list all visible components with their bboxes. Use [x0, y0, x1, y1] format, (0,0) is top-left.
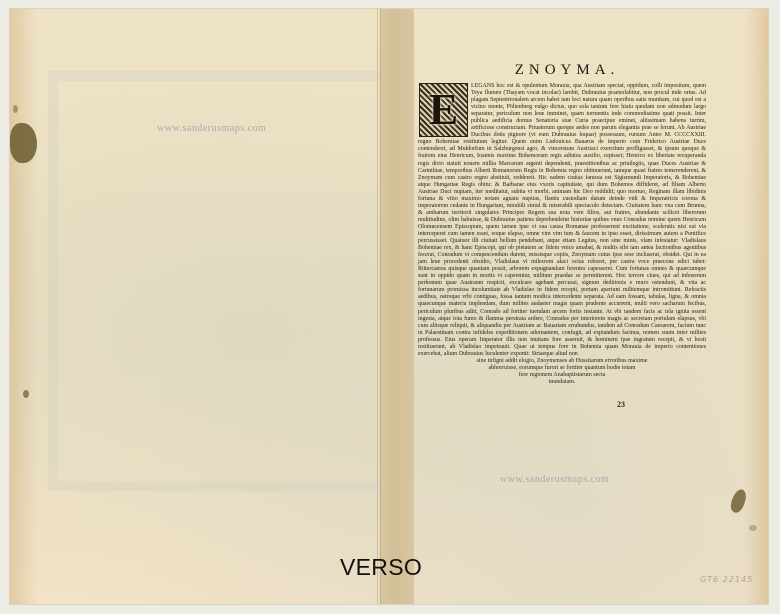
page-number: 23 — [617, 400, 625, 409]
left-page-edge-toning — [10, 9, 38, 604]
binding-strip — [380, 9, 414, 604]
page-title: ZNOYMA. — [428, 62, 706, 79]
decorated-initial: E — [419, 83, 468, 137]
initial-letter: E — [420, 88, 467, 132]
inventory-note: GT6 22145 — [700, 575, 753, 584]
closing-line-4: inundatam. — [418, 379, 706, 386]
foxing-stain-left-mid — [23, 390, 29, 398]
foxing-stain-left-large — [10, 123, 37, 163]
center-fold-line — [377, 9, 378, 604]
foxing-stain-left-small — [13, 105, 18, 113]
text-page: ZNOYMA. E LEGANS hoc est & opulentum Mor… — [418, 62, 706, 386]
closing-line-2: abhorruisse, eorumque furori se fortiter… — [418, 365, 706, 372]
closing-line-3: fere regionem Anabaptistarum secta — [418, 372, 706, 379]
show-through-map-frame — [48, 71, 398, 491]
foxing-stain-right-small — [749, 525, 757, 531]
watermark-top: www.sanderusmaps.com — [157, 123, 266, 134]
closing-line-1: sine infigni addit elogio, Znoymenses ab… — [418, 358, 706, 365]
right-page-edge-toning — [744, 9, 768, 604]
watermark-bottom: www.sanderusmaps.com — [500, 474, 609, 485]
verso-label: VERSO — [340, 554, 422, 581]
